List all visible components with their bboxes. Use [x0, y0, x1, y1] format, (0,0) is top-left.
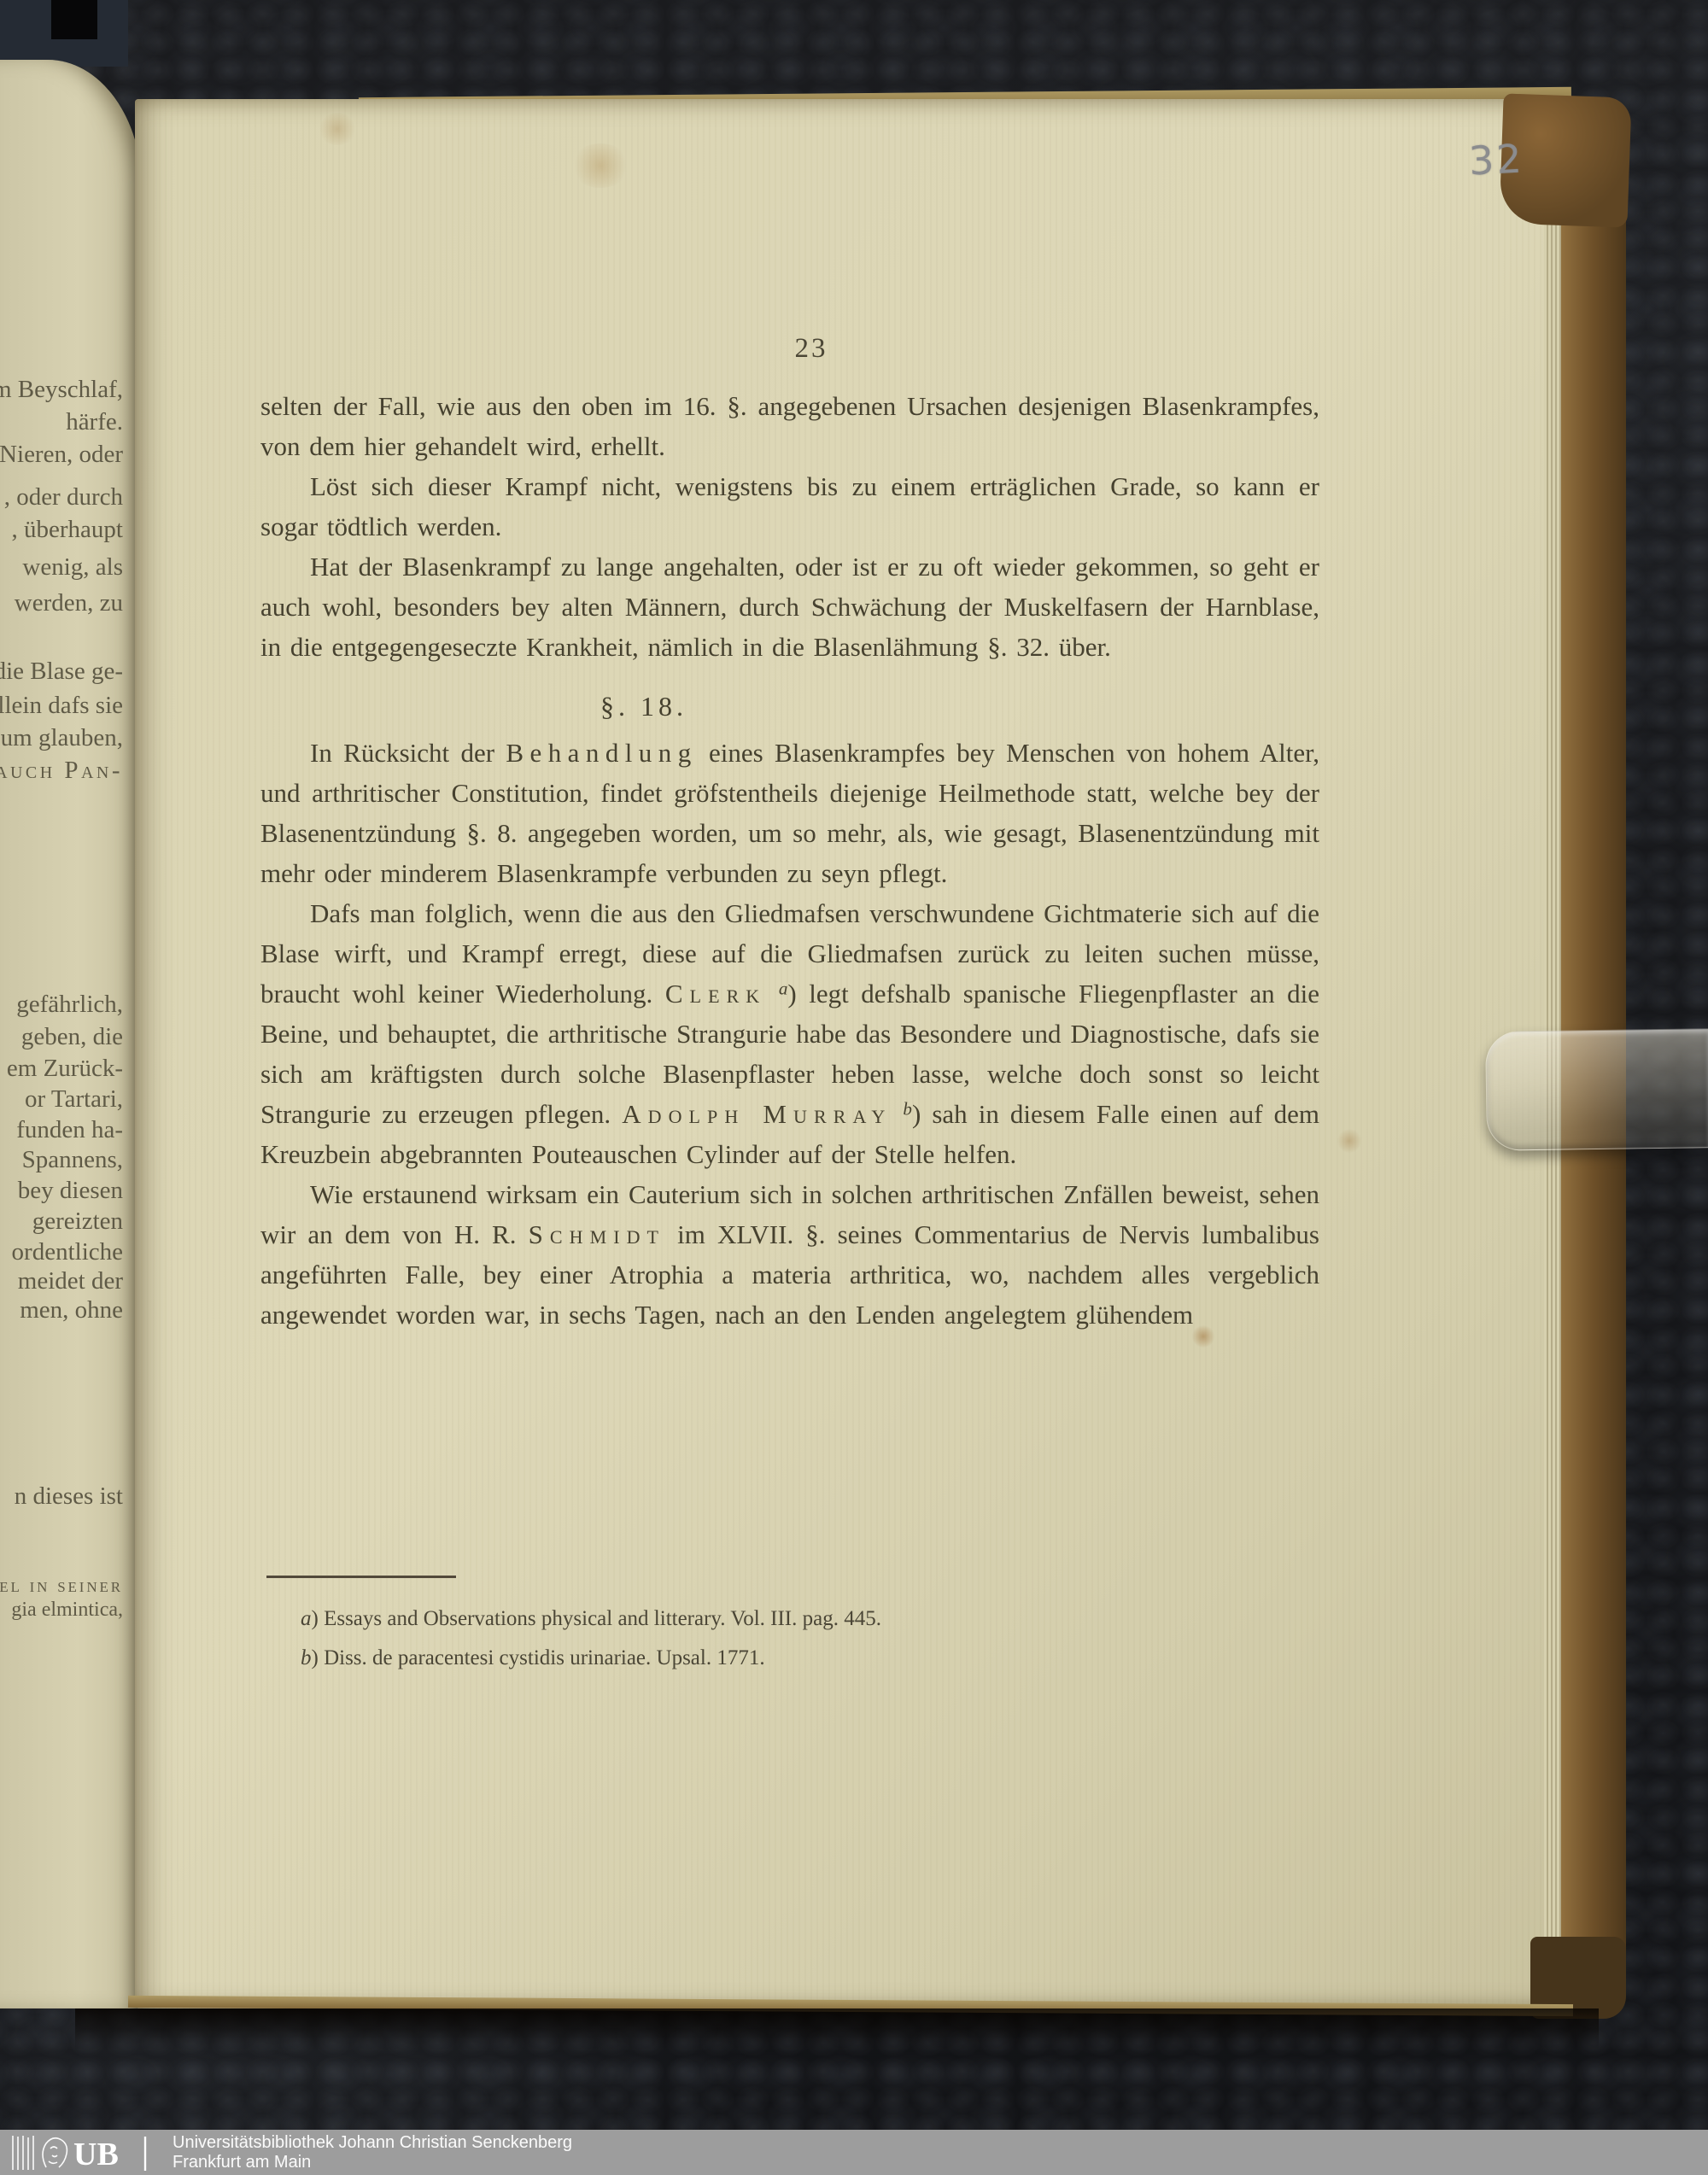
text-run: Löst sich dieser Krampf nicht, wenigsten… [260, 471, 1319, 541]
paragraph: Dafs man folglich, wenn die aus den Glie… [260, 893, 1319, 1174]
ub-logo-graphic: UB [9, 2133, 152, 2172]
facing-page-text-fragments: im Beyschlaf,härfe.Nieren, oder, oder du… [0, 0, 128, 2175]
printed-page-number: 23 [743, 333, 880, 365]
facing-page-fragment: Spannens, [22, 1146, 123, 1174]
text-run: b [301, 1646, 312, 1669]
library-city: Frankfurt am Main [173, 2153, 572, 2172]
book-scan-stage: im Beyschlaf,härfe.Nieren, oder, oder du… [0, 0, 1708, 2175]
text-run [766, 979, 779, 1009]
text-run: a [301, 1607, 312, 1630]
ub-acronym: UB [73, 2137, 119, 2172]
text-run [892, 1099, 903, 1129]
facing-page-fragment: die Blase ge- [0, 658, 123, 686]
ub-logo: UB [9, 2133, 152, 2172]
facing-page-fragment: im Beyschlaf, [0, 376, 123, 404]
facing-page-fragment: or Tartari, [25, 1085, 123, 1114]
text-run: Adolph Murray [622, 1099, 892, 1129]
text-column: selten der Fall, wie aus den oben im 16.… [260, 386, 1319, 1335]
facing-page-fragment: wenig, als [22, 553, 123, 582]
facing-page-fragment: um glauben, [1, 724, 123, 752]
facing-page-fragment: llein dafs sie [0, 692, 123, 720]
paragraph: Löst sich dieser Krampf nicht, wenigsten… [260, 466, 1319, 547]
paragraph: Hat der Blasenkrampf zu lange angehalten… [260, 547, 1319, 667]
facing-page-fragment: gia elmintica, [11, 1599, 123, 1622]
facing-page-fragment: gereizten [32, 1207, 123, 1236]
page-bottom-shadow [75, 2008, 1599, 2049]
paragraph: Wie erstaunend wirksam ein Cauterium sic… [260, 1174, 1319, 1335]
plastic-bookmark-clip [1485, 1028, 1708, 1151]
footnote-ref: b [903, 1099, 912, 1120]
foxing-spot [570, 143, 630, 188]
footnotes: a) Essays and Observations physical and … [301, 1600, 1334, 1679]
section-heading: §. 18. [260, 691, 1319, 722]
facing-page-fragment: n dieses ist [15, 1482, 123, 1511]
facing-page-fragment: em Zurück- [7, 1055, 123, 1083]
facing-page-fragment: werden, zu [15, 589, 123, 617]
facing-page-fragment: bey diesen [18, 1177, 123, 1205]
text-run: ) Diss. de paracentesi cystidis urinaria… [312, 1646, 765, 1669]
foxing-spot [318, 113, 357, 145]
paragraph: selten der Fall, wie aus den oben im 16.… [260, 386, 1319, 466]
facing-page-fragment: el in seiner [0, 1575, 123, 1598]
text-run: Behandlung [506, 738, 697, 768]
foxing-spot [1337, 1129, 1362, 1153]
text-run: ) Essays and Observations physical and l… [312, 1607, 881, 1630]
facing-page-fragment: meidet der [18, 1267, 123, 1295]
facing-page-fragment: gefährlich, [16, 991, 123, 1019]
library-name-block: Universitätsbibliothek Johann Christian … [173, 2133, 572, 2172]
facing-page-fragment: geben, die [21, 1023, 123, 1051]
facing-page-fragment: härfe. [66, 408, 123, 436]
library-name: Universitätsbibliothek Johann Christian … [173, 2133, 572, 2153]
footnote-ref: a [779, 979, 788, 999]
handwritten-folio-number: 32 [1468, 135, 1525, 184]
paragraph: In Rücksicht der Behandlung eines Blasen… [260, 733, 1319, 893]
footnote-rule [266, 1576, 456, 1578]
text-run: In Rücksicht der [310, 738, 506, 768]
facing-page-fragment: , überhaupt [12, 516, 123, 544]
text-run: Clerk [665, 979, 766, 1009]
footnote: b) Diss. de paracentesi cystidis urinari… [301, 1640, 1334, 1676]
facing-page-fragment: Nieren, oder [0, 441, 123, 469]
facing-page-fragment: men, ohne [20, 1296, 123, 1324]
facing-page-fragment: auch Pan- [0, 757, 123, 785]
facing-page-fragment: funden ha- [16, 1116, 123, 1144]
text-run: Hat der Blasenkrampf zu lange angehalten… [260, 552, 1319, 662]
text-run: selten der Fall, wie aus den oben im 16.… [260, 391, 1319, 461]
library-footer-bar: UB Universitätsbibliothek Johann Christi… [0, 2130, 1708, 2175]
text-run: Schmidt [529, 1219, 665, 1249]
footnote: a) Essays and Observations physical and … [301, 1600, 1334, 1637]
facing-page-fragment: , oder durch [4, 483, 123, 512]
facing-page-fragment: ordentliche [12, 1238, 123, 1266]
